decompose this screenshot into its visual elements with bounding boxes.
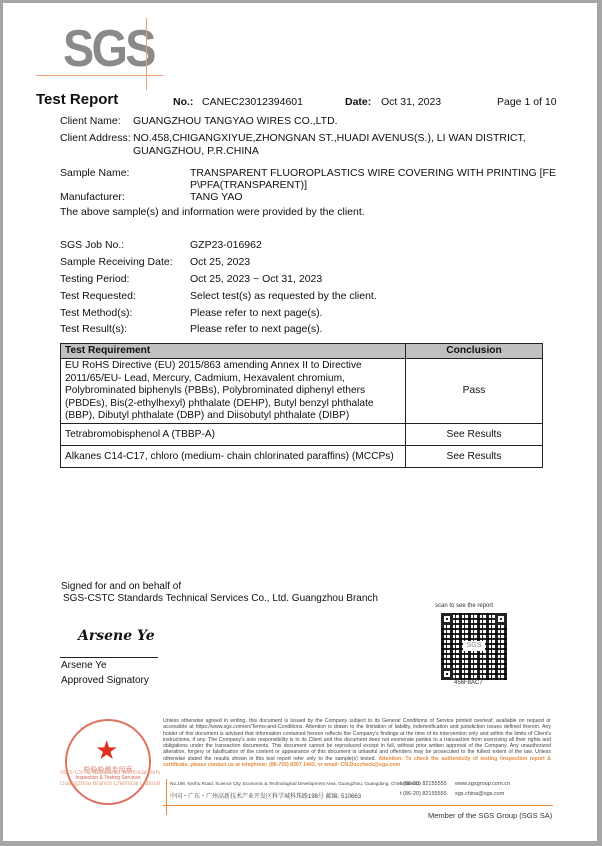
logo-divider	[36, 75, 163, 76]
manufacturer-label: Manufacturer:	[60, 191, 125, 203]
table-row: Alkanes C14-C17, chloro (medium- chain c…	[61, 446, 543, 468]
table-header-row: Test Requirement Conclusion	[61, 344, 543, 359]
report-title: Test Report	[36, 91, 118, 108]
test-result-value: Please refer to next page(s).	[190, 323, 323, 335]
job-no-value: GZP23-016962	[190, 239, 262, 251]
receiving-date-label: Sample Receiving Date:	[60, 256, 173, 268]
testing-period-label: Testing Period:	[60, 273, 129, 285]
footer-tel-1: t (86-20) 82155555	[400, 781, 447, 787]
qr-caption: scan to see the report	[435, 603, 493, 609]
conclusion-cell: See Results	[406, 424, 543, 446]
requirement-cell: EU RoHS Directive (EU) 2015/863 amending…	[61, 359, 406, 424]
client-address-line2: GUANGZHOU, P.R.CHINA	[133, 145, 259, 157]
date-label: Date:	[345, 96, 371, 108]
footer-address-cn: 中国・广东・广州高新技术产业开发区科学城科珠路198号 邮编: 510663	[170, 791, 361, 800]
client-name-value: GUANGZHOU TANGYAO WIRES CO.,LTD.	[133, 115, 338, 127]
test-requested-value: Select test(s) as requested by the clien…	[190, 290, 377, 302]
column-header-requirement: Test Requirement	[61, 344, 406, 359]
manufacturer-value: TANG YAO	[190, 191, 243, 203]
conclusion-cell: Pass	[406, 359, 543, 424]
conclusion-cell: See Results	[406, 446, 543, 468]
test-method-label: Test Method(s):	[60, 307, 132, 319]
client-name-label: Client Name:	[60, 115, 121, 127]
requirement-cell: Tetrabromobisphenol A (TBBP-A)	[61, 424, 406, 446]
test-requested-label: Test Requested:	[60, 290, 136, 302]
logo-divider-vertical	[146, 18, 147, 90]
qr-center-label: SGS	[463, 641, 485, 651]
member-of-sgs-group: Member of the SGS Group (SGS SA)	[428, 811, 552, 820]
signature-line	[60, 657, 158, 658]
date-value: Oct 31, 2023	[381, 96, 441, 108]
column-header-conclusion: Conclusion	[406, 344, 543, 359]
sgs-logo: SGS	[63, 23, 154, 75]
handwritten-signature: Arsene Ye	[78, 628, 155, 644]
signatory-name: Arsene Ye	[61, 660, 107, 671]
footer-website-link[interactable]: www.sgsgroup.com.cn	[455, 781, 510, 787]
lab-name-line2: Guangzhou Branch Chemical Laboratory.	[60, 781, 160, 787]
footer-tel-2: t (86-20) 82155555	[400, 791, 447, 797]
requirement-cell: Alkanes C14-C17, chloro (medium- chain c…	[61, 446, 406, 468]
qr-finder-icon	[441, 613, 453, 625]
lab-name-line1: SGS-CSTC Standards Technical Services Co…	[60, 770, 160, 776]
report-no-label: No.:	[173, 96, 193, 108]
sample-name-label: Sample Name:	[60, 167, 129, 179]
test-requirement-table: Test Requirement Conclusion EU RoHS Dire…	[60, 343, 543, 468]
table-row: Tetrabromobisphenol A (TBBP-A) See Resul…	[61, 424, 543, 446]
sample-name-line2: P\PFA(TRANSPARENT)]	[190, 179, 307, 191]
page-number: Page 1 of 10	[497, 96, 557, 108]
qr-finder-icon	[495, 613, 507, 625]
table-row: EU RoHS Directive (EU) 2015/863 amending…	[61, 359, 543, 424]
qr-code-id: 456F8AC7	[454, 680, 483, 686]
footer-divider	[163, 805, 553, 806]
qr-code-icon[interactable]: SGS	[441, 613, 507, 680]
legal-disclaimer: Unless otherwise agreed in writing, this…	[163, 718, 551, 768]
job-no-label: SGS Job No.:	[60, 239, 124, 251]
provided-note: The above sample(s) and information were…	[60, 206, 365, 218]
footer-address-en: No.198, Kezhu Road, Science City, Econom…	[170, 781, 420, 786]
client-address-line1: NO.458,CHIGANGXIYUE,ZHONGNAN ST.,HUADI A…	[133, 132, 526, 144]
signed-behalf-line1: Signed for and on behalf of	[61, 581, 181, 592]
report-no-value: CANEC23012394601	[202, 96, 303, 108]
qr-finder-icon	[441, 668, 453, 680]
signed-behalf-line2: SGS-CSTC Standards Technical Services Co…	[63, 593, 378, 604]
receiving-date-value: Oct 25, 2023	[190, 256, 250, 268]
sample-name-line1: TRANSPARENT FLUOROPLASTICS WIRE COVERING…	[190, 167, 556, 179]
client-address-label: Client Address:	[60, 132, 131, 144]
report-page: SGS Test Report No.: CANEC23012394601 Da…	[3, 3, 597, 841]
signatory-role: Approved Signatory	[61, 675, 149, 686]
company-seal-stamp: ★ 检验检测专用章 Inspection & Testing Services	[65, 719, 151, 805]
testing-period-value: Oct 25, 2023 ~ Oct 31, 2023	[190, 273, 322, 285]
test-method-value: Please refer to next page(s).	[190, 307, 323, 319]
star-icon: ★	[95, 737, 118, 763]
footer-divider-vertical	[166, 779, 167, 815]
test-result-label: Test Result(s):	[60, 323, 127, 335]
footer-email-link[interactable]: sgs.china@sgs.com	[455, 791, 504, 797]
